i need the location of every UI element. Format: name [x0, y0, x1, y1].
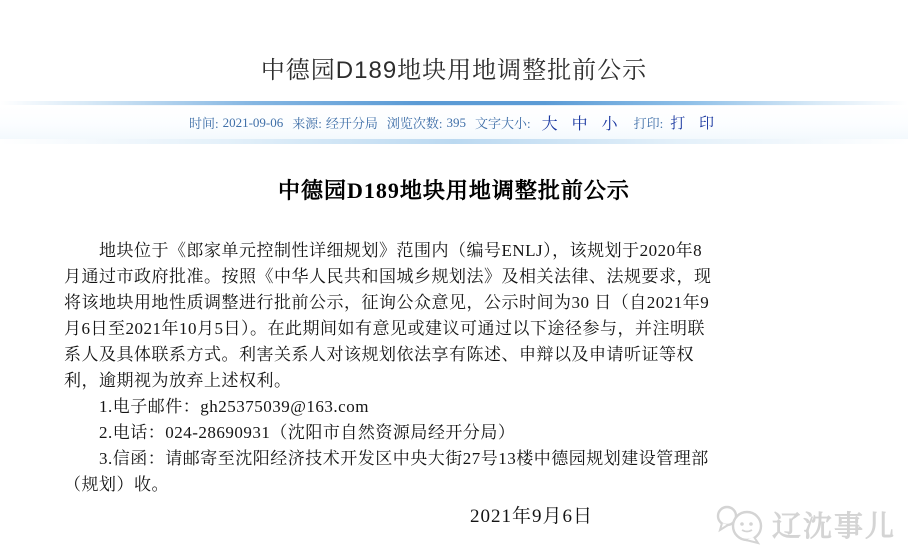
article-line: 系人及具体联系方式。利害关系人对该规划依法享有陈述、申辩以及申请听证等权 — [64, 342, 854, 368]
font-size-label: 文字大小: — [475, 113, 531, 132]
article-line: 月通过市政府批准。按照《中华人民共和国城乡规划法》及相关法律、法规要求，现 — [64, 264, 854, 290]
article-line-mail: 3.信函：请邮寄至沈阳经济技术开发区中央大街27号13楼中德园规划建设管理部 — [64, 446, 854, 472]
article-line: 利，逾期视为放弃上述权利。 — [64, 368, 854, 394]
source-value: 经开分局 — [326, 113, 378, 132]
watermark-text: 辽沈事儿 — [772, 504, 896, 545]
article-line: （规划）收。 — [64, 472, 854, 498]
views-label: 浏览次数: — [387, 113, 443, 132]
page-title: 中德园D189地块用地调整批前公示 — [0, 50, 908, 85]
print-button[interactable]: 打 印 — [670, 112, 719, 133]
watermark: 辽沈事儿 — [714, 503, 896, 545]
source-label: 来源: — [292, 113, 322, 132]
article-body: 地块位于《郎家单元控制性详细规划》范围内（编号ENLJ），该规划于2020年8 … — [64, 238, 854, 498]
article-line: 地块位于《郎家单元控制性详细规划》范围内（编号ENLJ），该规划于2020年8 — [64, 238, 854, 264]
font-size-large-button[interactable]: 大 — [542, 111, 558, 134]
views-count: 395 — [447, 115, 467, 131]
announcement-page: 中德园D189地块用地调整批前公示 时间: 2021-09-06 来源: 经开分… — [0, 0, 908, 552]
divider-meta-bottom — [0, 139, 908, 144]
article-title: 中德园D189地块用地调整批前公示 — [0, 174, 908, 205]
article-date: 2021年9月6日 — [470, 501, 593, 528]
liaoshen-logo-icon — [714, 503, 766, 545]
font-size-medium-button[interactable]: 中 — [572, 111, 588, 134]
divider-top — [0, 101, 908, 105]
article-line: 月6日至2021年10月5日）。在此期间如有意见或建议可通过以下途径参与，并注明… — [64, 316, 854, 342]
time-label: 时间: — [189, 113, 219, 132]
meta-bar: 时间: 2021-09-06 来源: 经开分局 浏览次数: 395 文字大小: … — [0, 106, 908, 139]
print-label: 打印: — [634, 113, 664, 132]
font-size-small-button[interactable]: 小 — [602, 111, 618, 134]
time-value: 2021-09-06 — [223, 115, 284, 131]
article-line-email: 1.电子邮件：gh25375039@163.com — [64, 394, 854, 420]
article-line: 将该地块用地性质调整进行批前公示，征询公众意见，公示时间为30 日（自2021年… — [64, 290, 854, 316]
article-line-phone: 2.电话：024-28690931（沈阳市自然资源局经开分局） — [64, 420, 854, 446]
